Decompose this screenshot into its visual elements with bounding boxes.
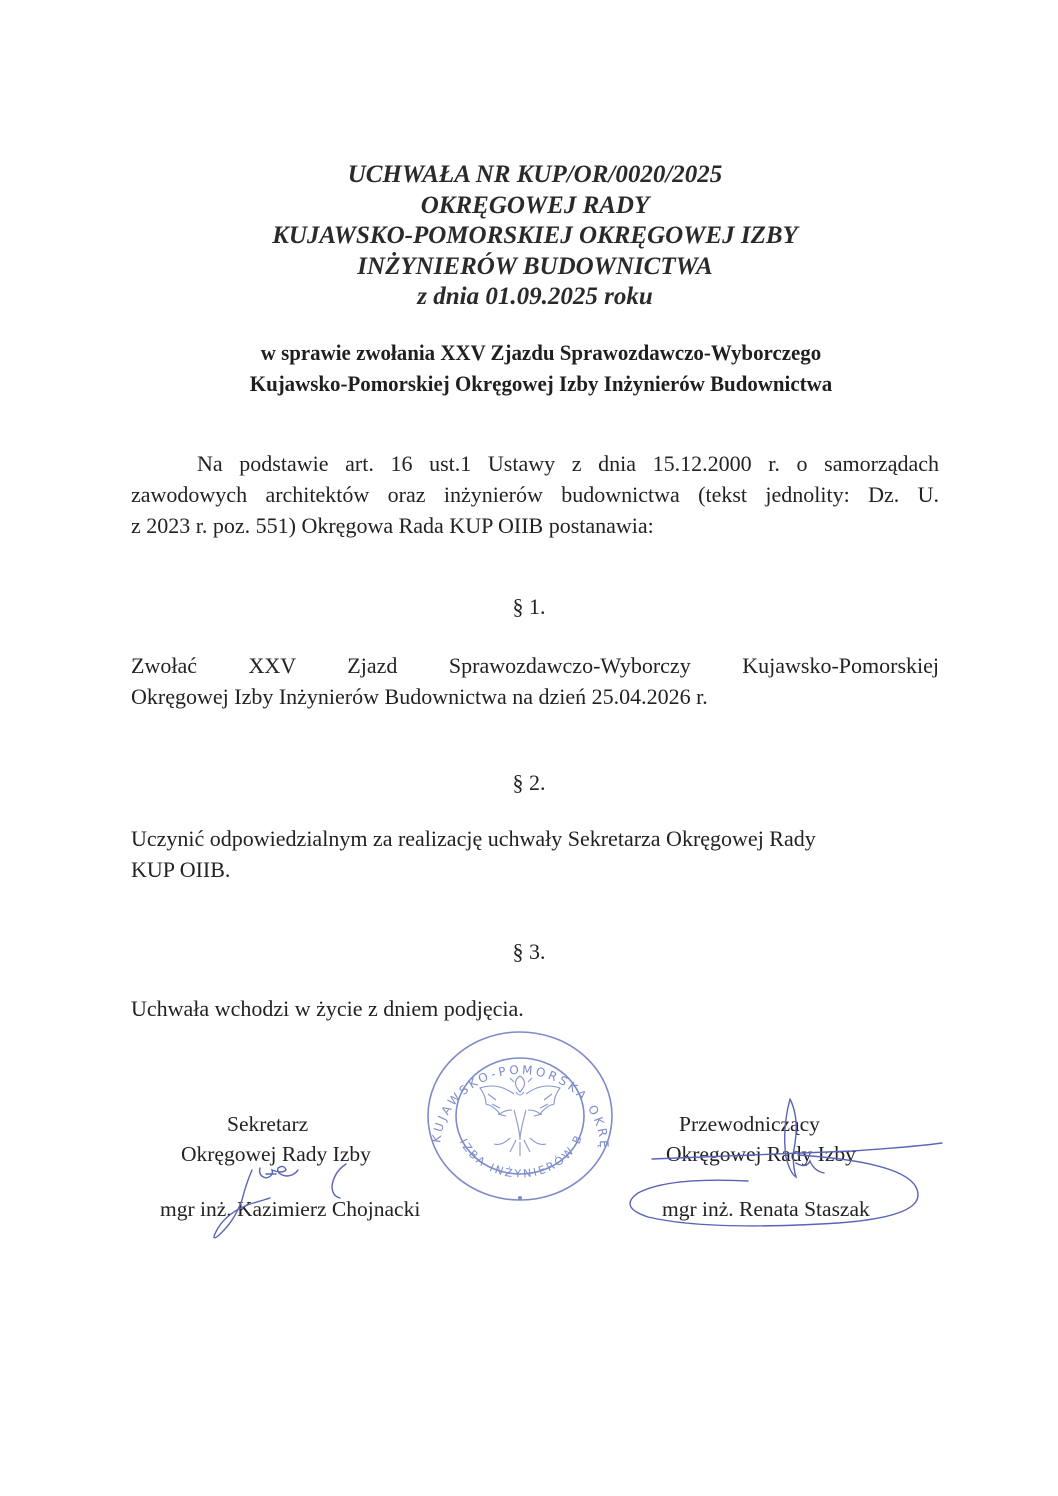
section-3-line-1: Uchwała wchodzi w życie z dniem podjęcia…	[131, 993, 939, 1024]
section-3-body: Uchwała wchodzi w życie z dniem podjęcia…	[131, 993, 939, 1024]
section-2-body: Uczynić odpowiedzialnym za realizację uc…	[131, 823, 939, 885]
title-line-engineers: INŻYNIERÓW BUDOWNICTWA	[0, 252, 1058, 283]
section-3-mark: § 3.	[0, 939, 1058, 965]
left-signatory-role: Sekretarz	[227, 1109, 308, 1139]
preamble: Na podstawie art. 16 ust.1 Ustawy z dnia…	[131, 448, 939, 541]
title-line-council: OKRĘGOWEJ RADY	[0, 191, 1058, 222]
right-signatory-role: Przewodniczący	[679, 1109, 820, 1139]
section-1-line-2: Okręgowej Izby Inżynierów Budownictwa na…	[131, 681, 939, 712]
subject-line-1: w sprawie zwołania XXV Zjazdu Sprawozdaw…	[38, 337, 1044, 368]
preamble-line-2: zawodowych architektów oraz inżynierów b…	[131, 479, 939, 510]
document-page: UCHWAŁA NR KUP/OR/0020/2025 OKRĘGOWEJ RA…	[0, 0, 1058, 1496]
section-1-line-1: Zwołać XXV Zjazd Sprawozdawczo-Wyborczy …	[131, 650, 939, 681]
preamble-line-3: z 2023 r. poz. 551) Okręgowa Rada KUP OI…	[131, 510, 939, 541]
right-signatory-body: Okręgowej Rady Izby	[666, 1139, 856, 1169]
title-line-number: UCHWAŁA NR KUP/OR/0020/2025	[0, 160, 1058, 191]
title-line-chamber: KUJAWSKO-POMORSKIEJ OKRĘGOWEJ IZBY	[0, 221, 1058, 252]
section-2-line-1: Uczynić odpowiedzialnym za realizację uc…	[131, 823, 939, 854]
eagle-seal-icon: KUJAWSKO-POMORSKA OKRĘGOWA IZBA INŻYNIER…	[410, 1028, 630, 1206]
title-line-date: z dnia 01.09.2025 roku	[0, 282, 1058, 313]
preamble-line-1: Na podstawie art. 16 ust.1 Ustawy z dnia…	[131, 448, 939, 479]
section-1-body: Zwołać XXV Zjazd Sprawozdawczo-Wyborczy …	[131, 650, 939, 712]
left-signatory-body: Okręgowej Rady Izby	[181, 1139, 371, 1169]
left-signatory-name: mgr inż. Kazimierz Chojnacki	[160, 1194, 420, 1224]
resolution-subject: w sprawie zwołania XXV Zjazdu Sprawozdaw…	[38, 337, 1044, 399]
section-2-mark: § 2.	[0, 770, 1058, 796]
right-signatory-name: mgr inż. Renata Staszak	[662, 1194, 870, 1224]
section-1-mark: § 1.	[0, 594, 1058, 620]
svg-text:IZBA INŻYNIERÓW BUDOWNICTWA: IZBA INŻYNIERÓW BUDOWNICTWA	[410, 1028, 586, 1180]
section-2-line-2: KUP OIIB.	[131, 854, 939, 885]
resolution-title: UCHWAŁA NR KUP/OR/0020/2025 OKRĘGOWEJ RA…	[0, 160, 1058, 313]
subject-line-2: Kujawsko-Pomorskiej Okręgowej Izby Inżyn…	[38, 368, 1044, 399]
